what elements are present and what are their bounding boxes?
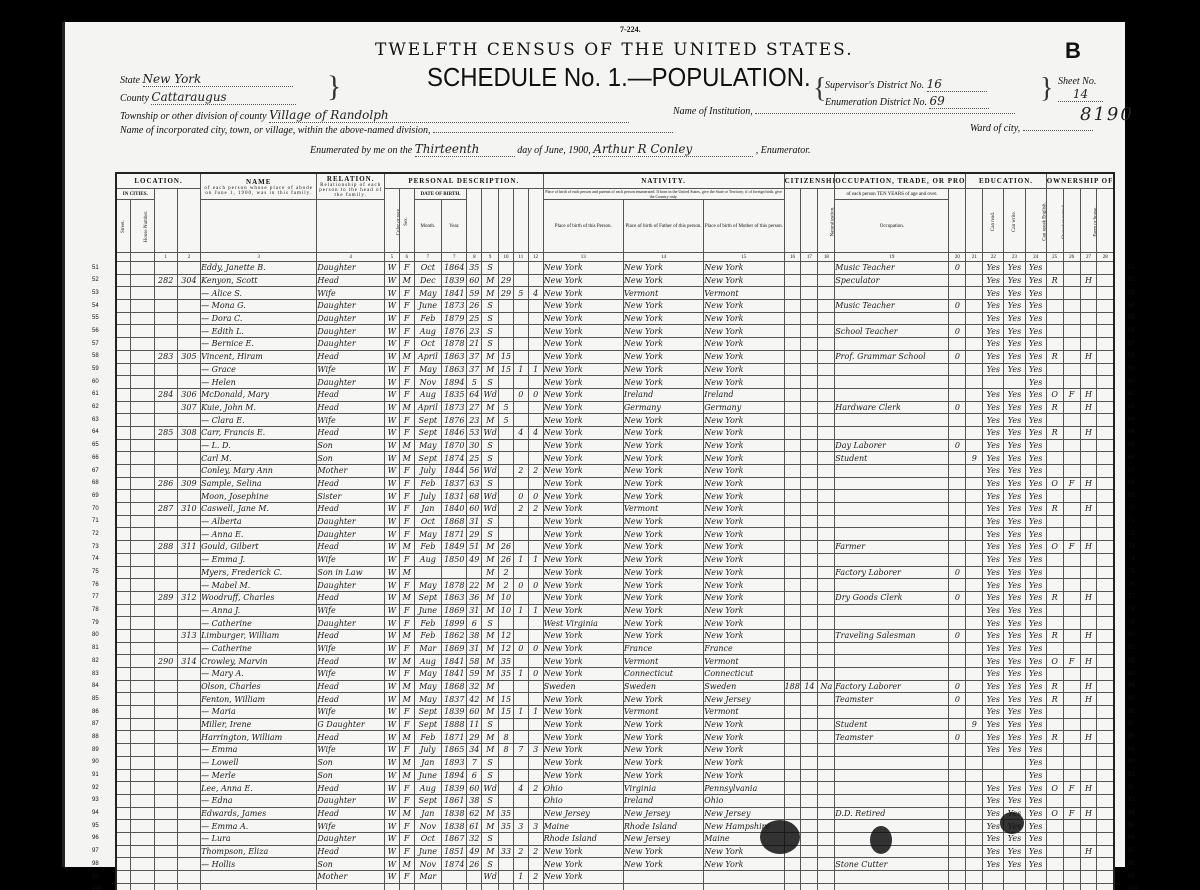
cell-fh [1080,312,1097,325]
cell-fh: H [1080,388,1097,401]
cell-yus [801,782,818,795]
cell-cl: 4 [528,426,543,439]
table-row: Moon, JosephineSisterWFJuly183168Wd00New… [116,490,1114,503]
cell-bm: New Jersey [704,807,784,820]
cell-own [1046,706,1063,719]
cell-fm [1063,756,1080,769]
cell-mc: 1 [513,553,528,566]
line-number: 68 [92,477,102,490]
cell-yus [801,262,818,275]
cell-family: 307 [177,401,200,414]
cell-blank [131,756,154,769]
cell-blank [131,744,154,757]
cell-fm [1063,591,1080,604]
cell-blank [131,579,154,592]
cell-mu [949,617,966,630]
cell-bm: Pennsylvania [704,782,784,795]
cell-sex: F [399,338,414,351]
cell-month: Sept [414,794,441,807]
cell-blank [116,541,131,554]
cell-fm [1063,769,1080,782]
cell-cl: 0 [528,668,543,681]
table-row: 289312Woodruff, CharlesHeadWMSept186336M… [116,591,1114,604]
table-row: — LowellSonWMJan18937SNew YorkNew YorkNe… [116,756,1114,769]
cell-read: Yes [983,693,1004,706]
cell-ym: 26 [499,541,514,554]
cell-mu [949,706,966,719]
cell-own [1046,287,1063,300]
cell-write: Yes [1004,274,1025,287]
cell-mc [513,883,528,890]
cell-bf: New York [623,439,703,452]
cell-sex: M [399,401,414,414]
column-number: 26 [1063,253,1080,262]
cell-family: 313 [177,629,200,642]
cell-age: 25 [467,452,482,465]
cell-sch [966,477,983,490]
cell-ym [499,490,514,503]
line-number: 91 [92,769,102,782]
cell-age: 29 [467,731,482,744]
cell-bm: New York [704,338,784,351]
cell-sch [966,591,983,604]
cell-color: W [385,414,400,427]
cell-own [1046,858,1063,871]
cell-cl [528,883,543,890]
cell-name: — Bernice E. [201,338,317,351]
cell-relation: Head [317,693,385,706]
cell-bp: New York [543,414,623,427]
table-row: — HelenDaughterWFNov18945SNew YorkNew Yo… [116,376,1114,389]
cell-family [177,807,200,820]
cell-bm: New York [704,262,784,275]
cell-fm [1063,693,1080,706]
cell-imm [784,503,801,516]
township-label: Township or other division of county [120,111,267,122]
cell-nat [818,668,835,681]
table-row: Fenton, WilliamHeadWMMay183742M15New Yor… [116,693,1114,706]
cell-mu [949,794,966,807]
table-row: — Clara E.WifeWFSept187623M5New YorkNew … [116,414,1114,427]
table-body: Eddy, Janette B.DaughterWFOct186435SNew … [116,262,1114,890]
cell-eng: Yes [1025,858,1046,871]
cell-relation: Head [317,426,385,439]
cell-sex: F [399,376,414,389]
cell-sch [966,503,983,516]
cell-sex: F [399,579,414,592]
cell-month: Nov [414,820,441,833]
cell-blank [131,566,154,579]
cell-dwelling [154,452,177,465]
cell-sch [966,528,983,541]
cell-month: July [414,490,441,503]
cell-dwelling [154,642,177,655]
cell-bm: New York [704,325,784,338]
cell-blank [116,465,131,478]
enumerated-line: Enumerated by me on the Thirteenth day o… [310,142,811,157]
cell-sex: M [399,566,414,579]
cell-fs [1097,363,1114,376]
cell-bf: New York [623,718,703,731]
cell-dwelling [154,668,177,681]
cell-ym [499,376,514,389]
cell-mc [513,566,528,579]
cell-nat [818,452,835,465]
county-label: County [120,93,149,104]
line-number: 67 [92,465,102,478]
cell-cl [528,262,543,275]
cell-mu: 0 [949,629,966,642]
cell-blank [116,325,131,338]
cell-occ: Factory Laborer [835,680,949,693]
line-number: 84 [1128,680,1138,693]
cell-write: Yes [1004,629,1025,642]
cell-mc: 0 [513,388,528,401]
cell-eng: Yes [1025,642,1046,655]
cell-color: W [385,363,400,376]
supervisor-value: 16 [927,77,987,92]
enumerator-name: Arthur R Conley [593,142,753,157]
cell-ym [499,338,514,351]
cell-blank [131,718,154,731]
cell-bf: New York [623,693,703,706]
cell-blank [131,503,154,516]
col-years-married: Number of years married. [499,189,514,253]
cell-color: W [385,706,400,719]
cell-blank [116,300,131,313]
cell-read: Yes [983,274,1004,287]
cell-eng: Yes [1025,325,1046,338]
cell-color: W [385,401,400,414]
cell-bp: New York [543,541,623,554]
cell-sex: F [399,388,414,401]
cell-blank [116,591,131,604]
cell-name: McDonald, Mary [201,388,317,401]
cell-mu: 0 [949,439,966,452]
column-number: 18 [818,253,835,262]
cell-nat [818,693,835,706]
cell-sex: F [399,465,414,478]
line-number: 52 [1128,274,1138,287]
cell-marital: S [482,439,499,452]
cell-name: Miller, Irene [201,718,317,731]
cell-family: 311 [177,541,200,554]
cell-bp: New York [543,338,623,351]
cell-year: 1838 [442,807,467,820]
cell-occ [835,617,949,630]
cell-imm [784,629,801,642]
cell-fm [1063,503,1080,516]
cell-occ [835,312,949,325]
cell-read [983,376,1004,389]
cell-marital: M [482,350,499,363]
cell-mc [513,439,528,452]
cell-color: W [385,528,400,541]
cell-occ [835,883,949,890]
cell-fh [1080,579,1097,592]
cell-family [177,680,200,693]
cell-name: — Hollis [201,858,317,871]
cell-family [177,439,200,452]
cell-year: 1862 [442,629,467,642]
cell-eng: Yes [1025,655,1046,668]
cell-ym [499,477,514,490]
table-row: Conley, Mary AnnMotherWFJuly184456Wd22Ne… [116,465,1114,478]
cell-own: O [1046,807,1063,820]
cell-relation: Mother [317,465,385,478]
cell-mu [949,604,966,617]
cell-month: Feb [414,541,441,554]
cell-fs [1097,388,1114,401]
cell-bm: New York [704,300,784,313]
cell-occ [835,794,949,807]
cell-yus [801,363,818,376]
cell-imm [784,465,801,478]
cell-age: 27 [467,401,482,414]
cell-nat [818,566,835,579]
cell-age: 32 [467,832,482,845]
cell-name: — Edith L. [201,325,317,338]
cell-yus [801,591,818,604]
cell-yus [801,794,818,807]
cell-yus [801,604,818,617]
cell-bf: New Jersey [623,807,703,820]
cell-occ: Farmer [835,541,949,554]
cell-cl [528,731,543,744]
cell-ym: 10 [499,591,514,604]
cell-blank [116,528,131,541]
cell-bp: West Virginia [543,617,623,630]
cell-ym: 15 [499,350,514,363]
cell-eng: Yes [1025,680,1046,693]
cell-age: 11 [467,718,482,731]
col-children-living: Number of these children living. [528,189,543,253]
line-number: 77 [92,591,102,604]
cell-marital: S [482,300,499,313]
cell-sex: F [399,325,414,338]
cell-yus [801,629,818,642]
cell-marital: S [482,515,499,528]
line-number: 72 [92,528,102,541]
cell-blank [131,794,154,807]
cell-name: — Mary A. [201,668,317,681]
cell-own [1046,820,1063,833]
cell-year: 1841 [442,287,467,300]
cell-blank [131,465,154,478]
column-number: 20 [949,253,966,262]
cell-dwelling [154,756,177,769]
cell-bp: New York [543,604,623,617]
cell-read: Yes [983,617,1004,630]
cell-family: 304 [177,274,200,287]
cell-family [177,528,200,541]
cell-bp: New York [543,642,623,655]
cell-occ: Music Teacher [835,300,949,313]
cell-fh [1080,287,1097,300]
cell-fm [1063,465,1080,478]
cell-bm: Sweden [704,680,784,693]
cell-bm: France [704,642,784,655]
cell-sch [966,655,983,668]
line-number: 93 [1128,794,1138,807]
cell-fs [1097,871,1114,884]
cell-mu: 0 [949,731,966,744]
cell-sex: F [399,820,414,833]
column-number: 7 [414,253,441,262]
cell-bp: New York [543,388,623,401]
cell-eng: Yes [1025,756,1046,769]
cell-age: 21 [467,338,482,351]
cell-name: Crowley, Marvin [201,655,317,668]
cell-ym [499,515,514,528]
cell-fm [1063,668,1080,681]
cell-yus [801,528,818,541]
cell-eng [1025,871,1046,884]
table-row: — Bernice E.DaughterWFOct187821SNew York… [116,338,1114,351]
cell-cl [528,414,543,427]
cell-eng: Yes [1025,274,1046,287]
cell-color: W [385,515,400,528]
cell-fh [1080,756,1097,769]
cell-read: Yes [983,262,1004,275]
cell-relation: Head [317,477,385,490]
cell-relation: Head [317,503,385,516]
cell-color: W [385,820,400,833]
cell-fh: H [1080,350,1097,363]
cell-own [1046,490,1063,503]
cell-bp: New York [543,718,623,731]
cell-blank [116,350,131,363]
cell-imm [784,668,801,681]
line-number: 74 [1128,553,1138,566]
cell-imm [784,490,801,503]
cell-mc [513,858,528,871]
cell-imm [784,312,801,325]
cell-sex: F [399,642,414,655]
line-number: 73 [92,541,102,554]
cell-month: Mar [414,871,441,884]
table-row: Eddy, Janette B.DaughterWFOct186435SNew … [116,262,1114,275]
cell-nat [818,782,835,795]
cell-dwelling [154,515,177,528]
cell-eng: Yes [1025,452,1046,465]
cell-mu [949,858,966,871]
cell-family [177,414,200,427]
cell-family [177,515,200,528]
cell-dwelling [154,782,177,795]
line-number: 76 [1128,579,1138,592]
cell-color: W [385,617,400,630]
cell-imm [784,604,801,617]
cell-year [442,883,467,890]
cell-month: Aug [414,388,441,401]
cell-fh [1080,300,1097,313]
cell-sex: F [399,794,414,807]
cell-fh: H [1080,426,1097,439]
line-number: 78 [1128,604,1138,617]
cell-cl: 0 [528,490,543,503]
cell-yus [801,490,818,503]
cell-imm [784,718,801,731]
cell-sex: F [399,515,414,528]
cell-read: Yes [983,503,1004,516]
cell-year: 1841 [442,668,467,681]
cell-month: Nov [414,858,441,871]
cell-imm [784,807,801,820]
cell-occ: D.D. Retired [835,807,949,820]
line-number: 68 [1128,477,1138,490]
cell-name: Myers, Frederick C. [201,566,317,579]
cell-relation: Son in Law [317,566,385,579]
cell-bf: New York [623,490,703,503]
cell-write: Yes [1004,744,1025,757]
cell-mu [949,832,966,845]
occupation-desc: of each person TEN YEARS of age and over… [835,189,949,200]
cell-bp: New York [543,668,623,681]
table-row: — MerleSonWMJune18946SNew YorkNew YorkNe… [116,769,1114,782]
cell-age: 60 [467,503,482,516]
cell-dwelling [154,680,177,693]
cell-relation: Daughter [317,515,385,528]
cell-fs [1097,452,1114,465]
cell-own [1046,756,1063,769]
cell-own [1046,883,1063,890]
cell-mu [949,668,966,681]
col-mother-of: Mother of how many children. [513,189,528,253]
cell-year: 1844 [442,465,467,478]
line-number: 97 [92,845,102,858]
cell-fs [1097,642,1114,655]
cell-read: Yes [983,642,1004,655]
cell-fh [1080,376,1097,389]
cell-relation: Wife [317,642,385,655]
cell-write: Yes [1004,477,1025,490]
cell-nat [818,477,835,490]
line-number: 59 [92,363,102,376]
cell-nat [818,503,835,516]
cell-ym [499,718,514,731]
cell-year: 1888 [442,718,467,731]
cell-mu [949,274,966,287]
cell-sex: F [399,782,414,795]
cell-bm: New York [704,439,784,452]
cell-marital: M [482,744,499,757]
cell-sch [966,401,983,414]
cell-sch [966,858,983,871]
cell-read: Yes [983,325,1004,338]
cell-fm [1063,490,1080,503]
cell-own: O [1046,541,1063,554]
cell-year: 1870 [442,439,467,452]
cell-fm [1063,401,1080,414]
cell-dwelling [154,287,177,300]
cell-fh: H [1080,845,1097,858]
line-number: 76 [92,579,102,592]
cell-bp: New York [543,363,623,376]
cell-mu [949,452,966,465]
cell-month: June [414,845,441,858]
cell-occ [835,388,949,401]
cell-fh [1080,363,1097,376]
cell-imm [784,300,801,313]
table-row: — AlbertaDaughterWFOct186831SNew YorkNew… [116,515,1114,528]
cell-mu [949,655,966,668]
cell-write: Yes [1004,591,1025,604]
line-number: 65 [1128,439,1138,452]
population-table: LOCATION. NAME of each person whose plac… [115,172,1115,890]
cell-bf [623,871,703,884]
cell-mu [949,845,966,858]
